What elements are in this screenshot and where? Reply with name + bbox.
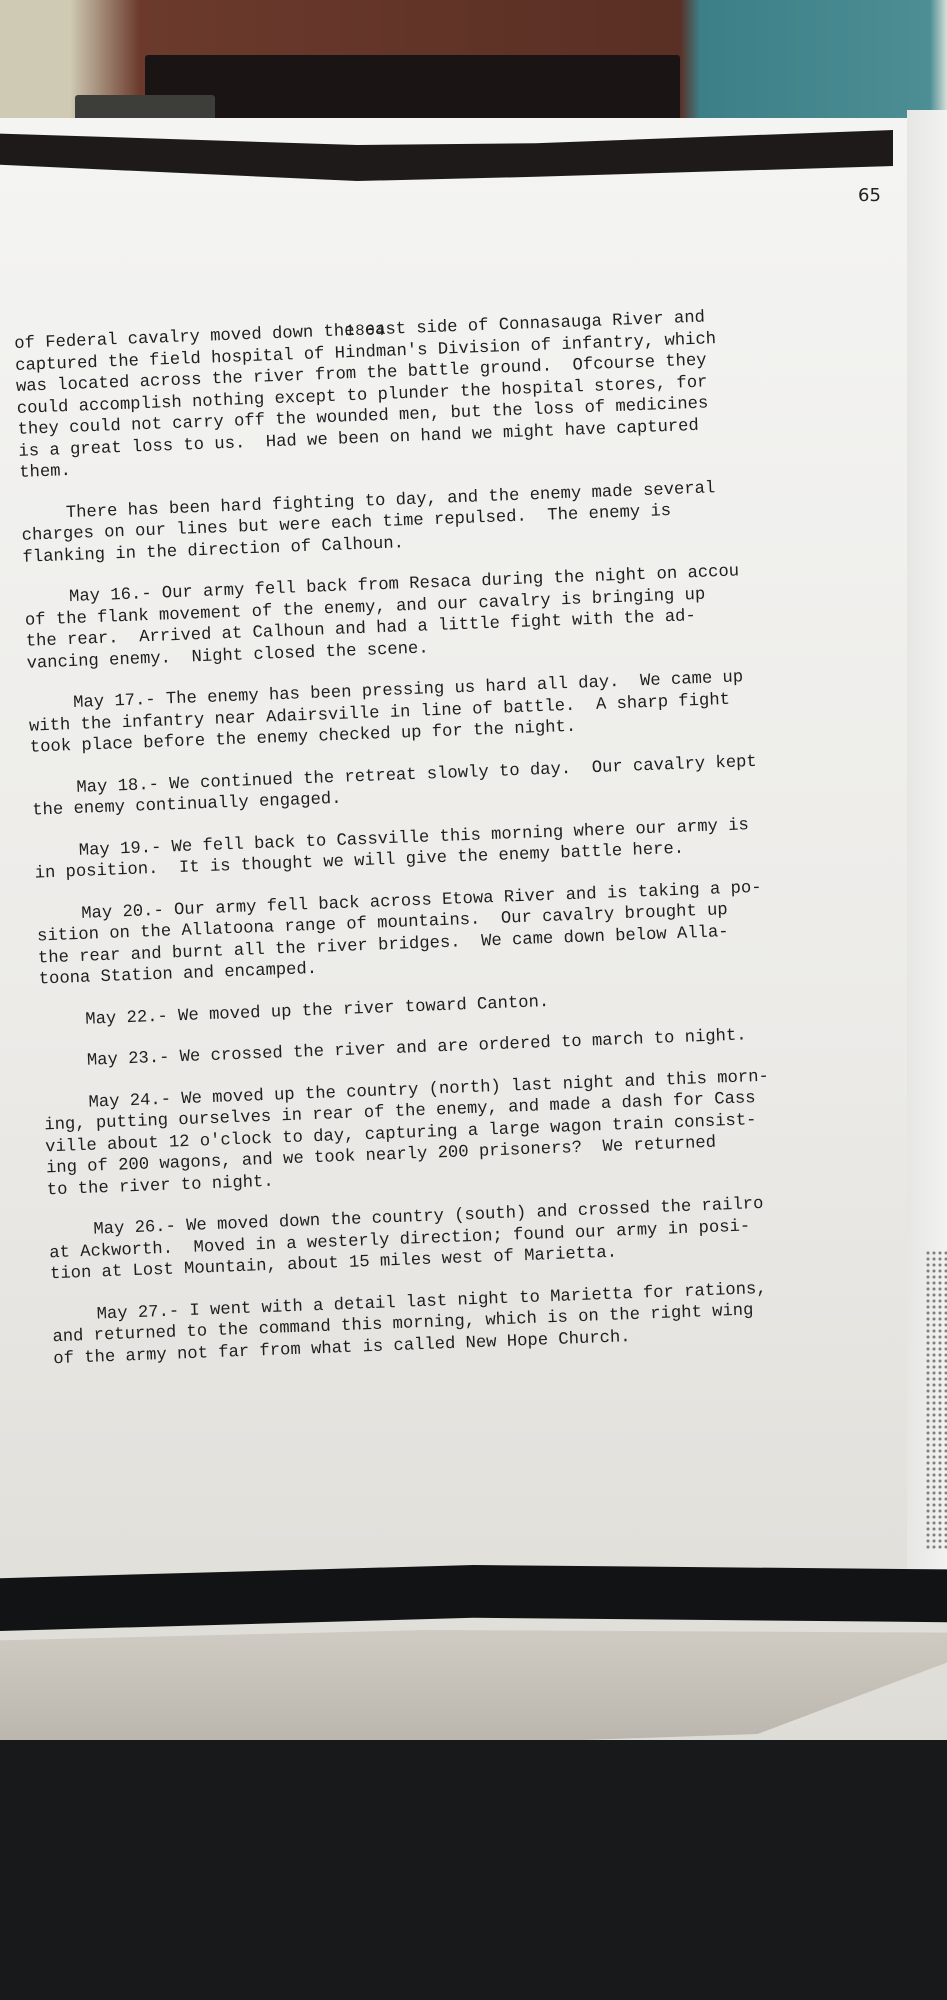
background-dark-surface <box>0 1740 947 2000</box>
page-number: 65 <box>858 185 881 206</box>
paragraph-may-16: May 16.- Our army fell back from Resaca … <box>24 553 947 674</box>
diary-text: of Federal cavalry moved down the east s… <box>14 299 947 1391</box>
paragraph-hard-fighting: There has been hard fighting to day, and… <box>21 469 943 569</box>
paragraph-may-19: May 19.- We fell back to Cassville this … <box>34 807 947 885</box>
ink-smudge <box>925 1250 947 1550</box>
paragraph-may-17: May 17.- The enemy has been pressing us … <box>28 659 947 759</box>
paragraph-may-24: May 24.- We moved up the country (north)… <box>43 1059 947 1202</box>
paragraph-may-18: May 18.- We continued the retreat slowly… <box>31 744 947 822</box>
paragraph-may-27: May 27.- I went with a detail last night… <box>51 1270 947 1370</box>
paragraph-may-26: May 26.- We moved down the country (sout… <box>48 1186 947 1286</box>
paragraph-may-20: May 20.- Our army fell back across Etowa… <box>36 870 947 991</box>
